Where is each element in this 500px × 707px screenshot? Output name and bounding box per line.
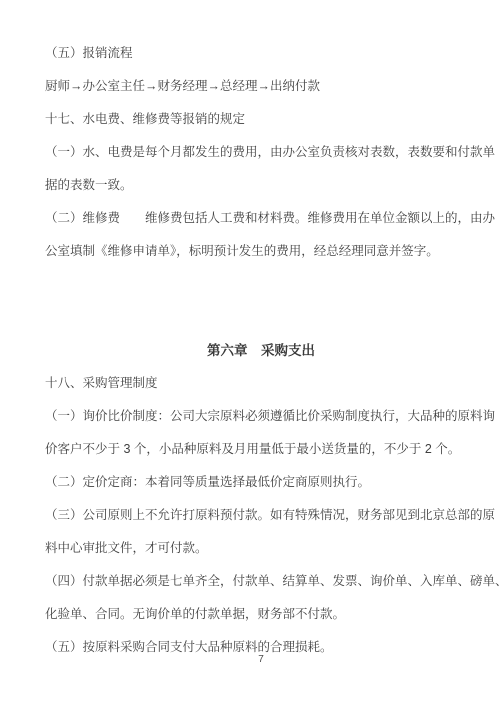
text-line: （四）付款单据必须是七单齐全，付款单、结算单、发票、询价单、入库单、磅单、 [45, 565, 477, 598]
chapter-heading: 第六章 采购支出 [45, 334, 477, 367]
text-line: 十八、采购管理制度 [45, 367, 477, 400]
text-line: 化验单、合同。无询价单的付款单据，财务部不付款。 [45, 598, 477, 631]
text-line: （二）定价定商：本着同等质量选择最低价定商原则执行。 [45, 466, 477, 499]
text-line: 十七、水电费、维修费等报销的规定 [45, 103, 477, 136]
blank-line [45, 268, 477, 301]
blank-line [45, 301, 477, 334]
text-line: （一）水、电费是每个月都发生的费用，由办公室负责核对表数，表数要和付款单 [45, 136, 477, 169]
text-line: （三）公司原则上不允许打原料预付款。如有特殊情况，财务部见到北京总部的原 [45, 499, 477, 532]
text-line: 公室填制《维修申请单》，标明预计发生的费用，经总经理同意并签字。 [45, 235, 477, 268]
text-line: 料中心审批文件，才可付款。 [45, 532, 477, 565]
text-line: 厨师→办公室主任→财务经理→总经理→出纳付款 [45, 70, 477, 103]
text-line: 价客户不少于 3 个，小品种原料及月用量低于最小送货量的，不少于 2 个。 [45, 433, 477, 466]
text-line: （一）询价比价制度：公司大宗原料必须遵循比价采购制度执行，大品种的原料询 [45, 400, 477, 433]
page-number: 7 [45, 652, 477, 668]
text-line: （五）报销流程 [45, 37, 477, 70]
text-line: （二）维修费 维修费包括人工费和材料费。维修费用在单位金额以上的，由办 [45, 202, 477, 235]
document-content: （五）报销流程厨师→办公室主任→财务经理→总经理→出纳付款十七、水电费、维修费等… [45, 37, 477, 664]
document-page: （五）报销流程厨师→办公室主任→财务经理→总经理→出纳付款十七、水电费、维修费等… [0, 0, 500, 707]
text-line: 据的表数一致。 [45, 169, 477, 202]
